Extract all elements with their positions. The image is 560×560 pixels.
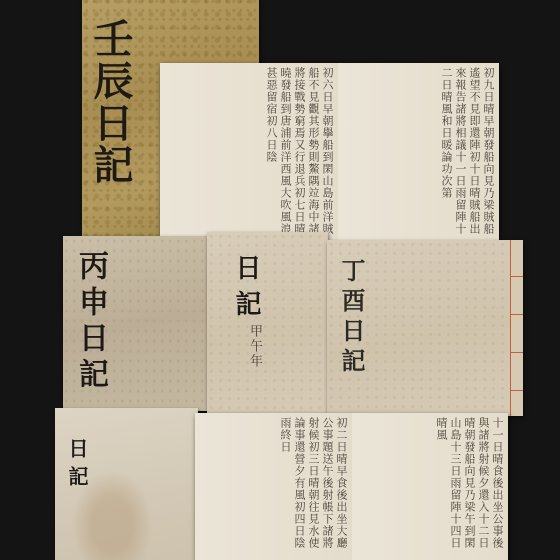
cover-title: 壬辰日記: [90, 18, 130, 186]
gabo-diary-cover: 日記 甲午年: [207, 232, 328, 416]
handwritten-text: 初二日晴早食後出坐大廳公事題送午後射帳下諸將射候初三日晴朝往見水使論事還營夕有風…: [199, 417, 348, 559]
binding-thread-strip: [510, 240, 523, 416]
open-diary-top: 初六日早朝擧船到閑山島前洋賊船不見觀其形勢則鰲隅竝海中諸將接戰勢窮焉又行退兵初七…: [160, 63, 499, 241]
right-page: 十一日晴食後出坐公事後與諸將射候夕還入十二日晴朝發船向見乃梁午到閑山島十三日雨留…: [352, 413, 508, 560]
right-page: 初九日晴早朝發船向見乃梁賊船遙望不見即還陣初十日晴賊船出來報告諸將相議十一日雨留…: [338, 63, 499, 241]
cover-year-label: 甲午年: [245, 324, 264, 369]
handwritten-text: 初九日晴早朝發船向見乃梁賊船遙望不見即還陣初十日晴賊船出來報告諸將相議十一日雨留…: [342, 67, 495, 237]
cover-title: 丙申日記: [75, 250, 105, 394]
open-diary-bottom: 初二日晴早食後出坐大廳公事題送午後射帳下諸將射候初三日晴朝往見水使論事還營夕有風…: [195, 413, 508, 560]
left-page: 初六日早朝擧船到閑山島前洋賊船不見觀其形勢則鰲隅竝海中諸將接戰勢窮焉又行退兵初七…: [160, 63, 339, 241]
left-page: 初二日晴早食後出坐大廳公事題送午後射帳下諸將射候初三日晴朝往見水使論事還營夕有風…: [195, 413, 353, 560]
cover-title: 丁酉日記: [339, 258, 363, 378]
cover-title: 日記: [233, 254, 259, 326]
cover-title: 日記: [67, 438, 87, 494]
handwritten-text: 十一日晴食後出坐公事後與諸將射候夕還入十二日晴朝發船向見乃梁午到閑山島十三日雨留…: [356, 417, 504, 559]
handwritten-text: 初六日早朝擧船到閑山島前洋賊船不見觀其形勢則鰲隅竝海中諸將接戰勢窮焉又行退兵初七…: [164, 67, 334, 237]
untitled-diary-cover: 日記: [55, 408, 198, 560]
byeongsin-diary-cover: 丙申日記: [63, 236, 208, 411]
jeongyu-diary-cover: 丁酉日記: [327, 240, 523, 416]
